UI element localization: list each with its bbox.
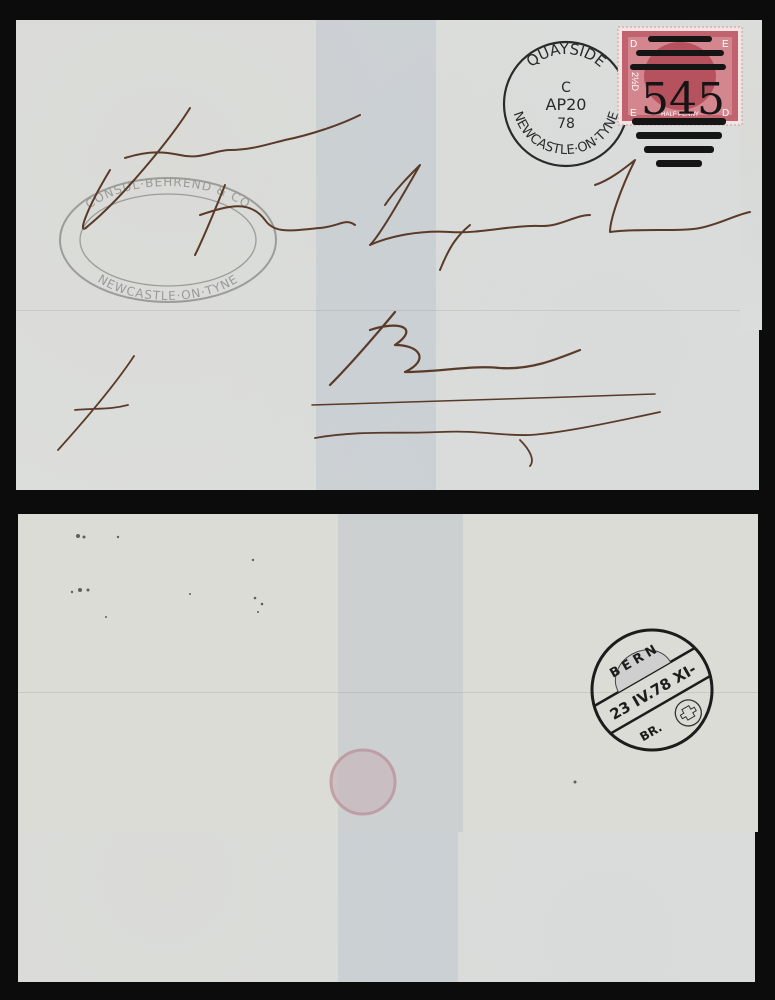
arrival-office: BR. <box>637 720 664 744</box>
wax-seal-remnant <box>331 750 395 814</box>
foxing-specks <box>71 534 577 784</box>
bern-arrival-postmark: BERN 23 IV.78 XI- BR. <box>570 608 734 772</box>
back-overlay: BERN 23 IV.78 XI- BR. <box>0 0 775 1000</box>
